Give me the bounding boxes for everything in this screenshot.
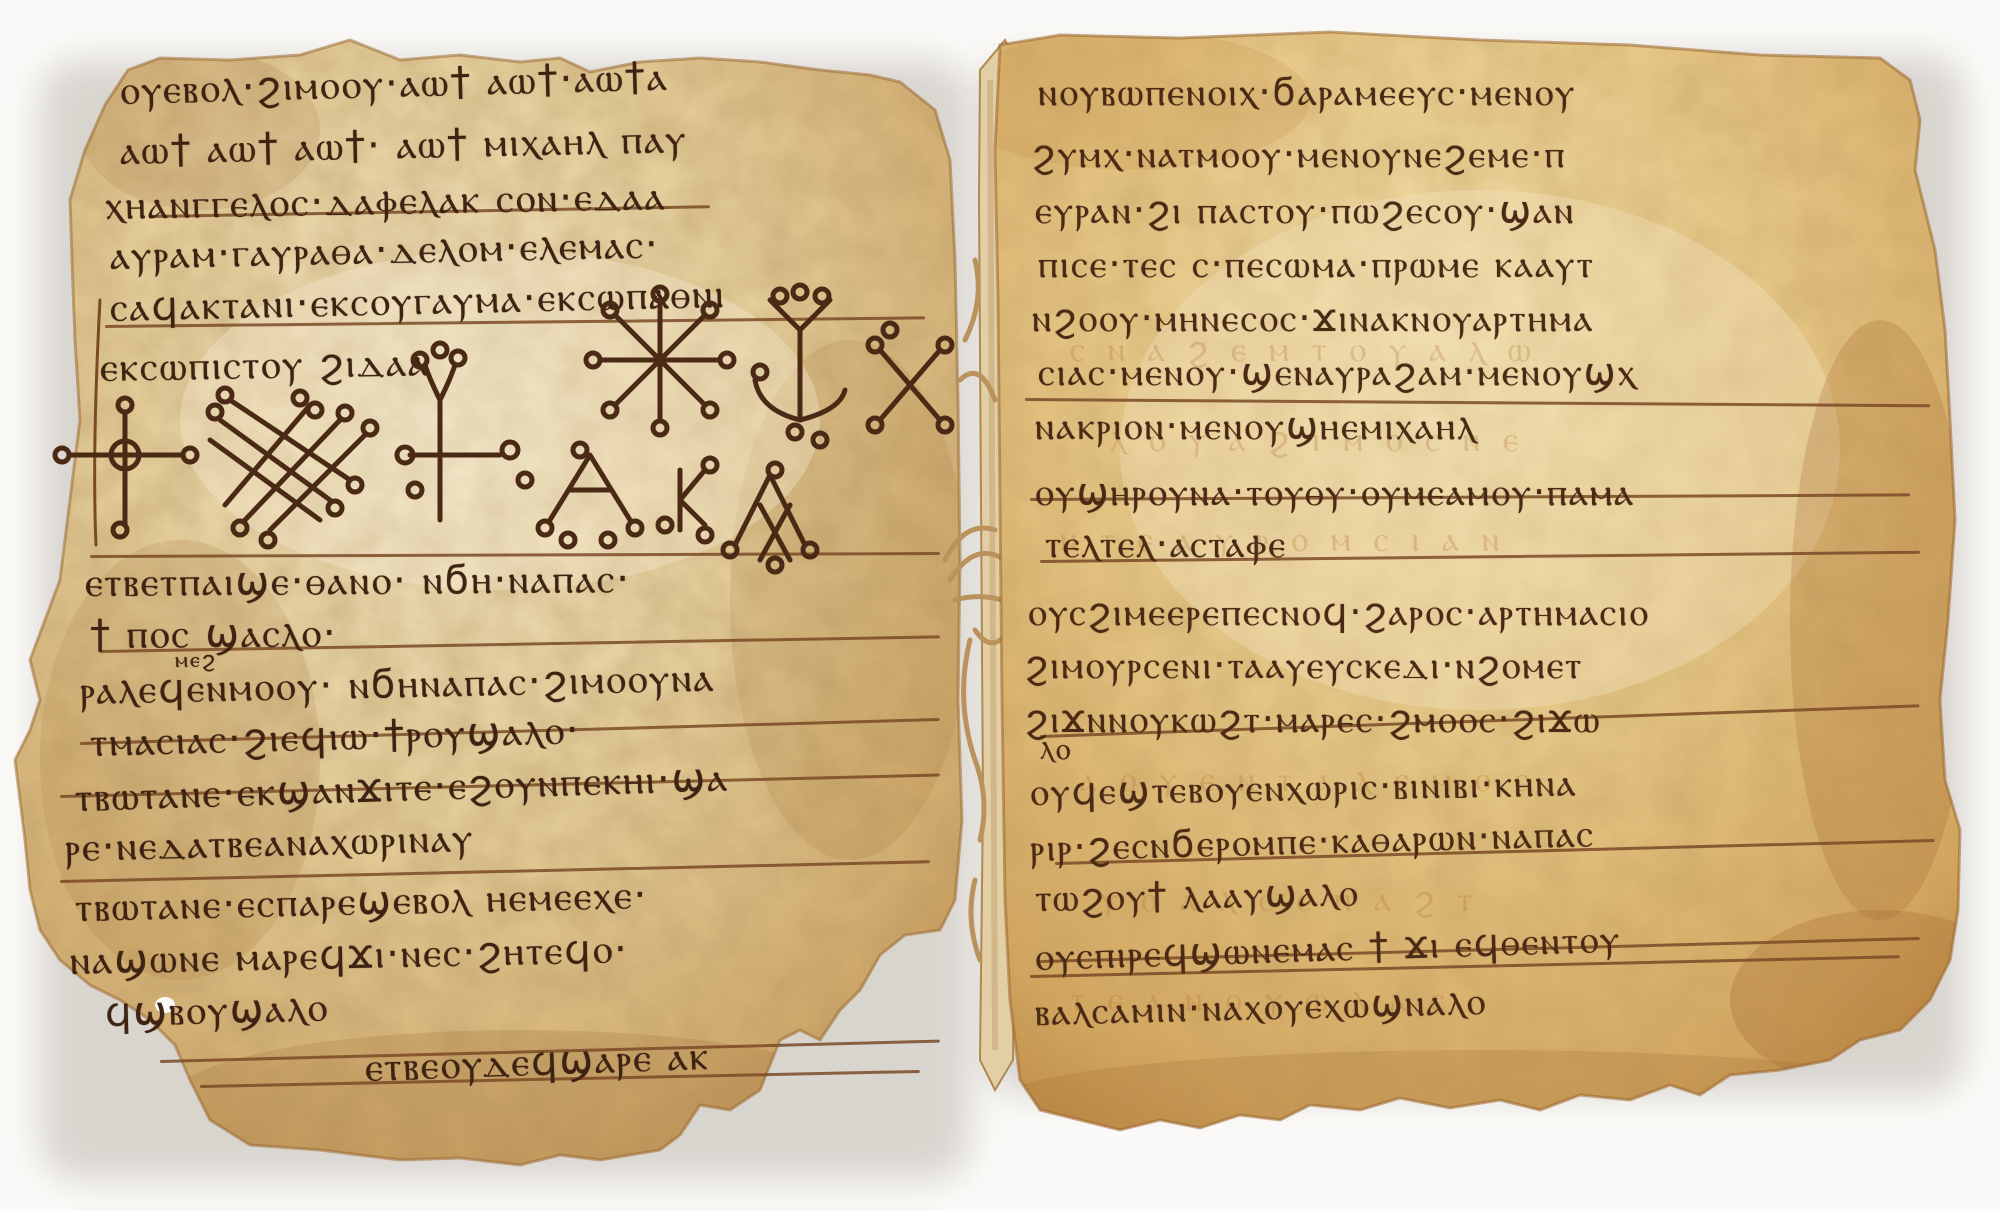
right-text-line-11: ϩⲓⲙⲟⲩⲣⲥⲉⲛⲓ·ⲧⲁⲁⲩⲉⲩⲥⲕⲉⲇⲓ·ⲛϩⲟⲙⲉⲧ xyxy=(1025,643,1583,688)
right-text-line-16: ⲧⲱϩⲟⲩ† ⲗⲁⲁⲩϣⲁⲗⲟ xyxy=(1035,870,1360,921)
right-text-line-9: ⲧⲉⲗⲧⲉⲗ·ⲁⲥⲧⲁⲫⲉ xyxy=(1045,522,1287,567)
ring-tipped-staff-charakter-icon xyxy=(397,343,532,520)
double-triangle-charakter-icon xyxy=(723,463,817,572)
eight-rayed-star-charakter-icon xyxy=(586,287,734,435)
right-text-line-13: ⲗⲟ xyxy=(1040,732,1072,767)
right-text-line-6: ⲥⲓⲁⲥ·ⲙⲉⲛⲟⲩ·ϣⲉⲛⲁⲩⲣⲁϩⲁⲙ·ⲙⲉⲛⲟⲩϣⲭ xyxy=(1038,350,1637,395)
right-text-line-1: ⲛⲟⲩⲃⲱⲡⲉⲛⲟⲓⲭ·ϭⲁⲣⲁⲙⲉⲉⲩⲥ·ⲙⲉⲛⲟⲩ xyxy=(1038,70,1576,115)
right-text-line-12: ϩⲓϫⲛⲛⲟⲩⲕⲱϩⲧ·ⲙⲁⲣⲉⲥ·ϩⲙⲟⲟⲥ·ϩⲓϫⲱ xyxy=(1025,697,1602,742)
right-text-line-10: ⲟⲩⲥϩⲓⲙⲉⲉⲣⲉⲡⲉⲥⲛⲟϥ·ϩⲁⲣⲟⲥ·ⲁⲣⲧⲏⲙⲁⲥⲓⲟ xyxy=(1028,590,1650,635)
ladder-triangle-charakter-icon xyxy=(538,443,642,547)
right-text-line-2: ϩⲩⲙⲭ·ⲛⲁⲧⲙⲟⲟⲩ·ⲙⲉⲛⲟⲩⲛⲉϩⲉⲙⲉ·ⲡ xyxy=(1032,132,1566,177)
manuscript-photo: ⲟⲩⲉⲃⲟⲗ·ϩⲓⲙⲟⲟⲩ·ⲁⲱ† ⲁⲱ†·ⲁⲱ†ⲁ ⲁⲱ† ⲁⲱ† ⲁⲱ†· … xyxy=(0,0,2000,1211)
right-text-line-8: ⲟⲩϣⲏⲣⲟⲩⲛⲁ·ⲧⲟⲩⲑⲩ·ⲟⲩⲙⲉⲁⲙⲟⲩ·ⲡⲁⲙⲁ xyxy=(1035,470,1635,515)
left-leaf: ⲟⲩⲉⲃⲟⲗ·ϩⲓⲙⲟⲟⲩ·ⲁⲱ† ⲁⲱ†·ⲁⲱ†ⲁ ⲁⲱ† ⲁⲱ† ⲁⲱ†· … xyxy=(0,0,980,1211)
right-text-line-7: ⲛⲁⲕⲣⲓⲟⲛ·ⲙⲉⲛⲟⲩϣⲏⲉⲙⲓⲭⲁⲏⲗ xyxy=(1035,404,1477,449)
right-text-line-4: ⲡⲓⲥⲉ·ⲧⲉⲥ ⲥ·ⲡⲉⲥⲱⲙⲁ·ⲡⲣⲱⲙⲉ ⲕⲁⲁⲩⲧ xyxy=(1038,242,1595,287)
right-leaf: ⲥ ⲛ ⲁ ϩ ⲉ ⲙ ⲧ ⲟ ⲩ ⲁ ⲗ ⲱ ⲗ ⲟ ⲩ ⲁ ϩ ⲓ ⲙ ⲟ … xyxy=(980,0,2000,1211)
k-charakter-icon xyxy=(658,458,717,542)
right-text-line-5: ⲛϩⲟⲟⲩ·ⲙⲏⲛⲉⲥⲟⲥ·ϫⲓⲛⲁⲕⲛⲟⲩⲁⲣⲧⲏⲙⲁ xyxy=(1032,296,1594,341)
right-text-line-14: ⲟⲩϥⲉϣⲧⲉⲃⲟⲩⲉⲛⲭⲱⲣⲓⲥ·ⲃⲓⲛⲓⲃⲓ·ⲕⲏⲛⲁ xyxy=(1030,760,1578,815)
branched-tree-charakter-icon xyxy=(753,285,845,447)
left-text-line-15: ϥϣⲃⲟⲩϣⲁⲗⲟ xyxy=(104,985,329,1036)
charakteres-block xyxy=(0,0,980,600)
circle-cross-charakter-icon xyxy=(55,398,197,537)
right-text-line-3: ⲉⲩⲣⲁⲛ·ϩⲓ ⲡⲁⲥⲧⲟⲩ·ⲡⲱϩⲉⲥⲟⲩ·ϣⲁⲛ xyxy=(1035,188,1575,233)
lattice-charakter-icon xyxy=(208,388,377,547)
